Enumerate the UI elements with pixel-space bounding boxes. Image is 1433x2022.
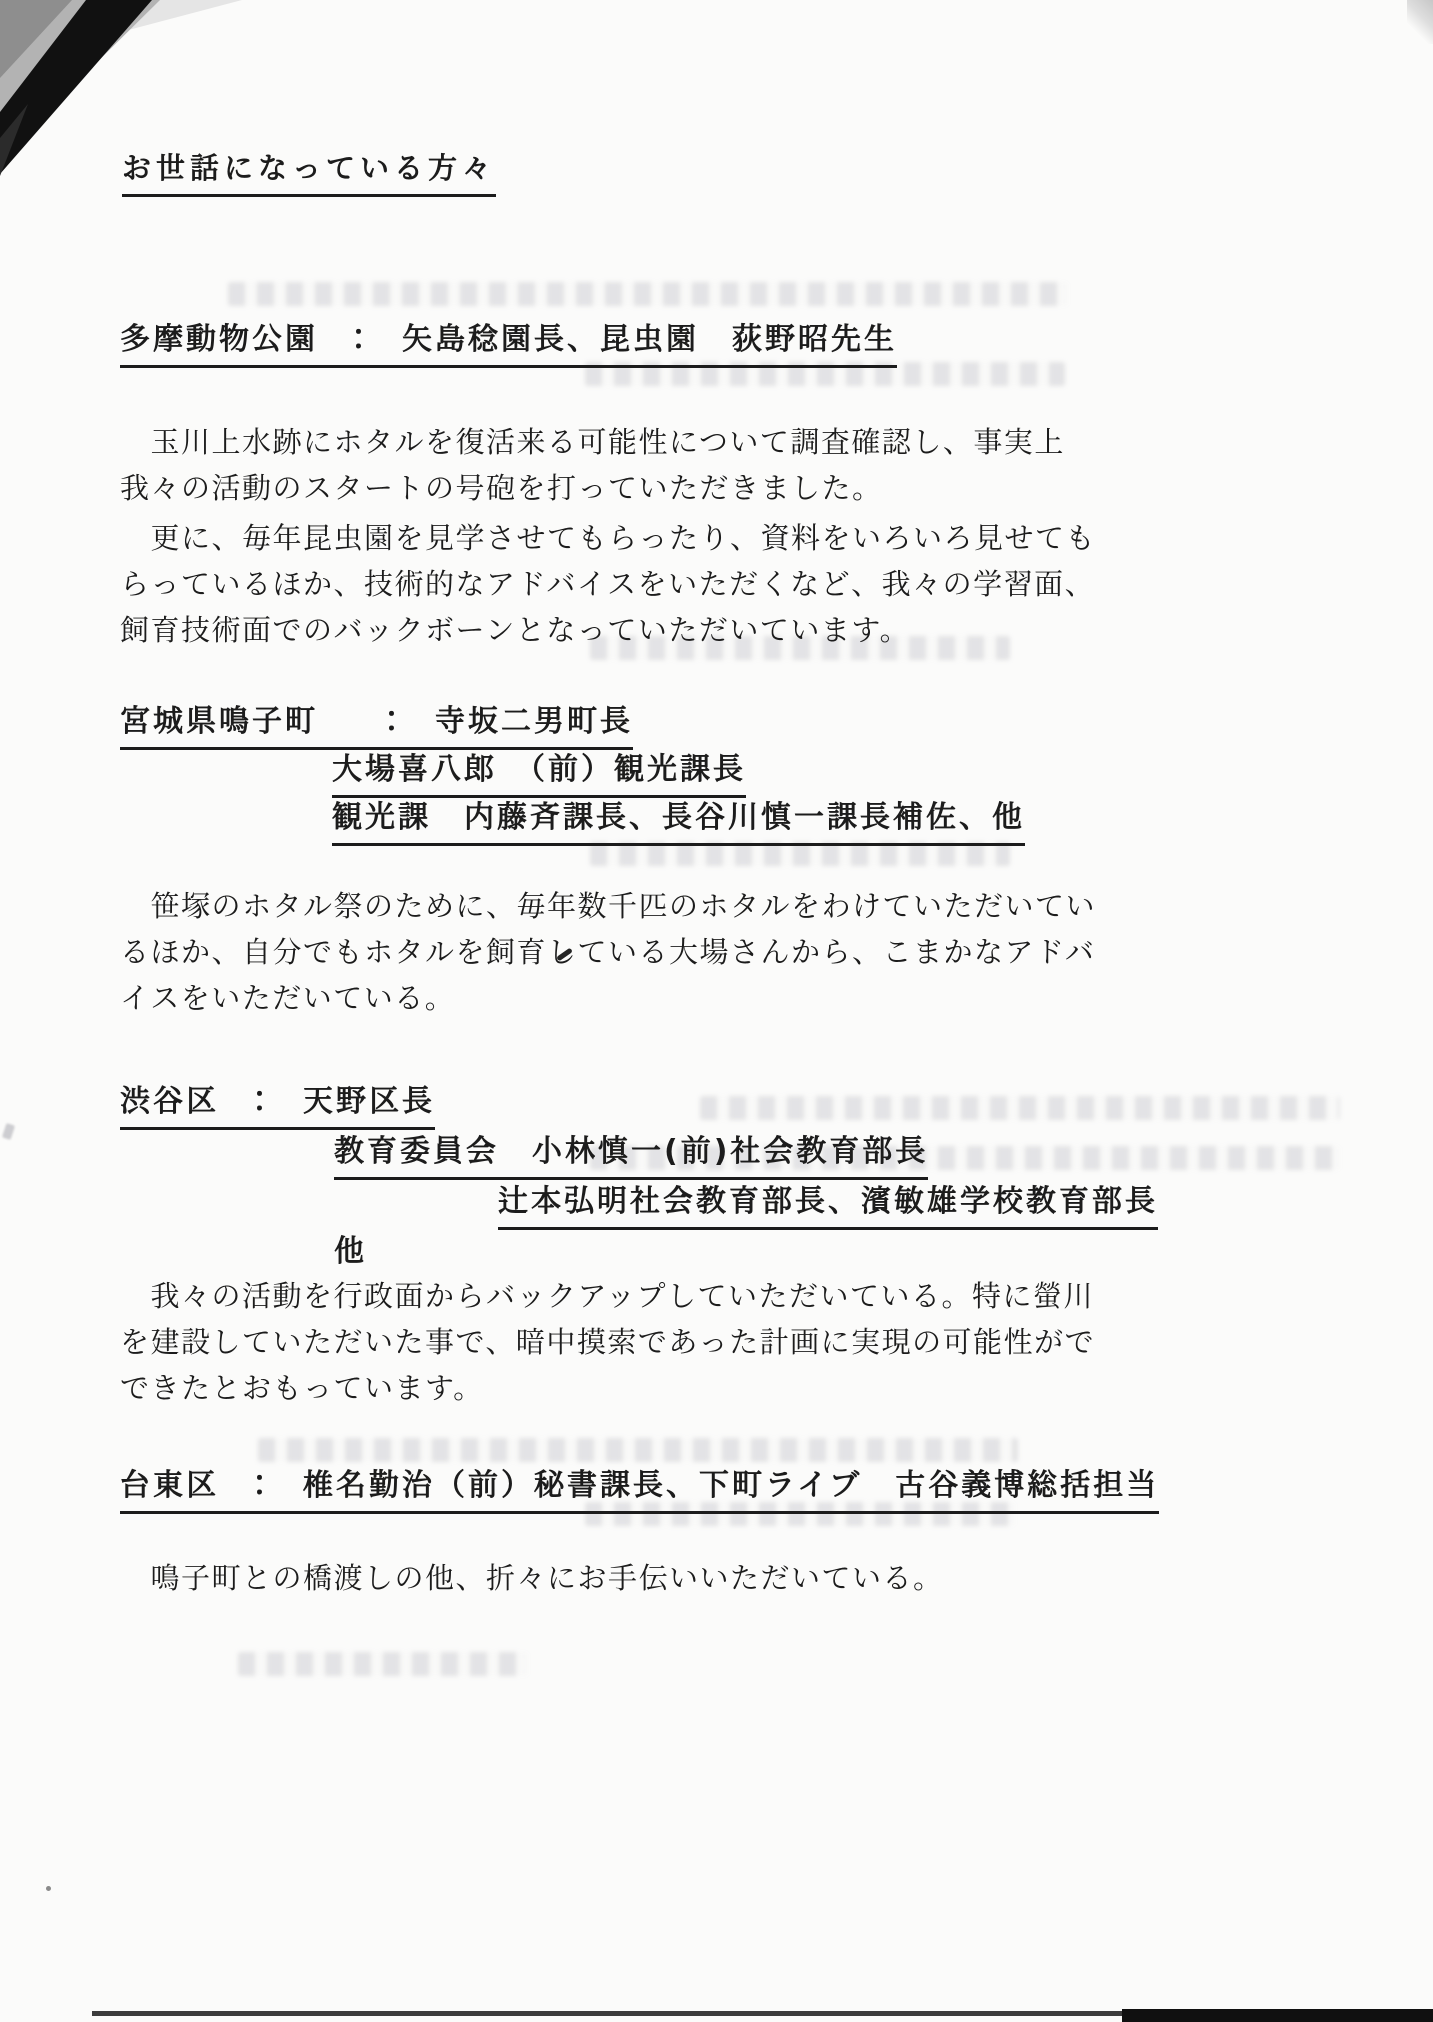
bleedthrough-artifact xyxy=(238,1652,528,1676)
paragraph-line: 我々の活動のスタートの号砲を打っていただきました。 xyxy=(120,466,883,507)
paragraph-line: できたとおもっています。 xyxy=(120,1366,484,1407)
paragraph-line: イスをいただいている。 xyxy=(120,976,455,1017)
paragraph-line: を建設していただいた事で、暗中摸索であった計画に実現の可能性がで xyxy=(120,1320,1095,1361)
section-heading-line: 大場喜八郎 （前）観光課長 xyxy=(332,744,746,798)
section-heading-line: 教育委員会 小林慎一(前)社会教育部長 xyxy=(334,1126,928,1180)
scan-speck-artifact xyxy=(2,1123,15,1140)
paragraph-line: 鳴子町との橋渡しの他、折々にお手伝いいただいている。 xyxy=(120,1556,944,1597)
scan-edge-artifact xyxy=(1122,2009,1433,2022)
paragraph-line: 更に、毎年昆虫園を見学させてもらったり、資料をいろいろ見せても xyxy=(120,516,1096,557)
section-heading: 宮城県鳴子町 ： 寺坂二男町長 xyxy=(120,696,633,750)
paragraph-line: らっているほか、技術的なアドバイスをいただくなど、我々の学習面、 xyxy=(120,562,1095,603)
bleedthrough-artifact xyxy=(258,1438,1018,1462)
section-heading: 渋谷区 ： 天野区長 xyxy=(120,1076,435,1130)
paragraph-line: 笹塚のホタル祭のために、毎年数千匹のホタルをわけていただいてい xyxy=(120,884,1096,925)
document-title: お世話になっている方々 xyxy=(122,146,496,197)
section-heading-line: 辻本弘明社会教育部長、濱敏雄学校教育部長 xyxy=(498,1176,1158,1230)
paragraph-line: るほか、自分でもホタルを飼育している大場さんから、こまかなアドバ xyxy=(120,930,1095,971)
section-heading: 多摩動物公園 ： 矢島稔園長、昆虫園 荻野昭先生 xyxy=(120,314,897,368)
bleedthrough-artifact xyxy=(228,282,1068,306)
bleedthrough-artifact xyxy=(700,1096,1340,1120)
paragraph-line: 飼育技術面でのバックボーンとなっていただいています。 xyxy=(120,608,910,649)
section-heading-line: 観光課 内藤斉課長、長谷川慎一課長補佐、他 xyxy=(332,792,1025,846)
scan-edge-artifact xyxy=(1407,0,1433,44)
scan-speck-artifact xyxy=(46,1886,51,1891)
section-heading: 台東区 ： 椎名勤治（前）秘書課長、下町ライブ 古谷義博総括担当 xyxy=(120,1460,1159,1514)
paragraph-line: 我々の活動を行政面からバックアップしていただいている。特に螢川 xyxy=(120,1274,1094,1315)
scanned-document-page: お世話になっている方々 多摩動物公園 ： 矢島稔園長、昆虫園 荻野昭先生 玉川上… xyxy=(0,0,1433,2022)
paragraph-line: 玉川上水跡にホタルを復活来る可能性について調査確認し、事実上 xyxy=(120,420,1065,461)
section-heading-line: 他 xyxy=(334,1226,367,1270)
